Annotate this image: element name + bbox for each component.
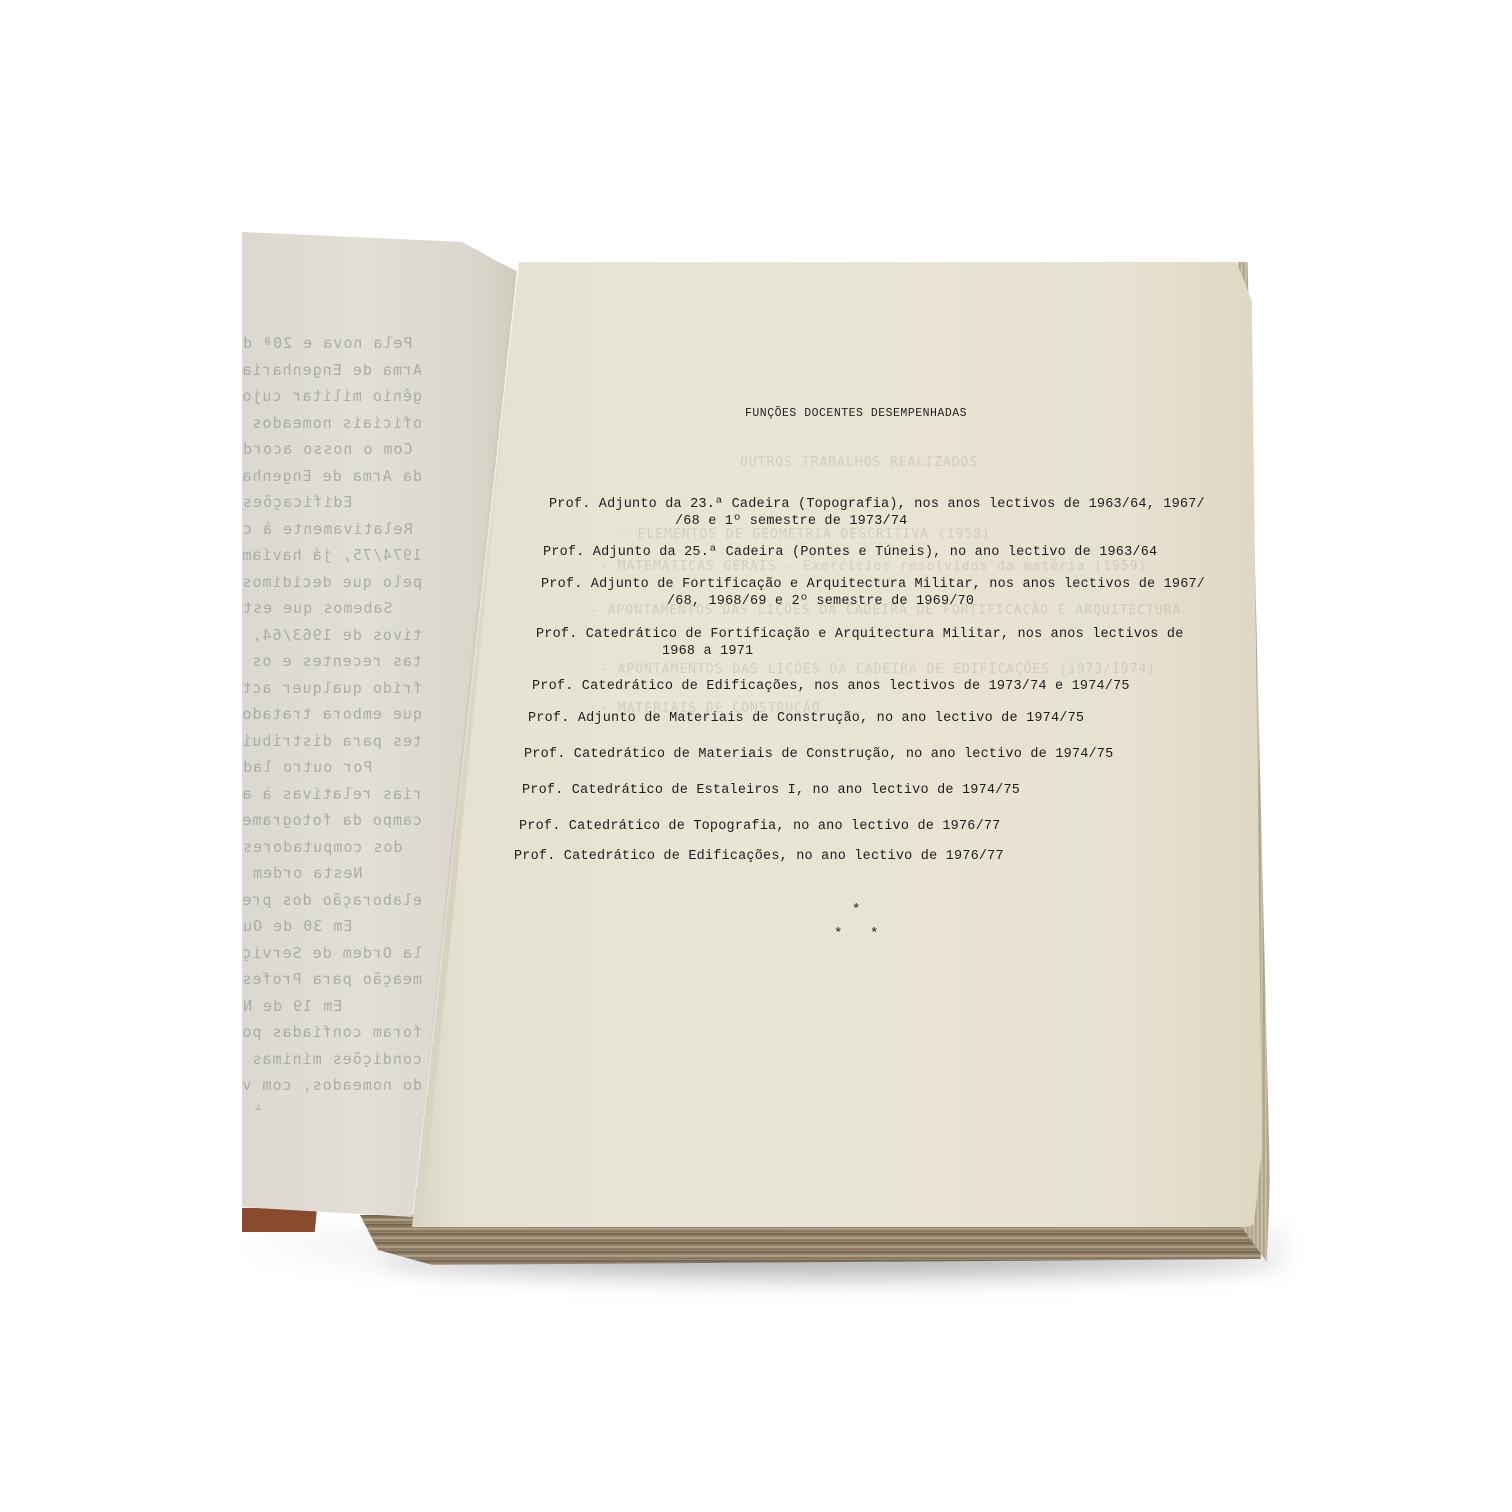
entry-line: Prof. Adjunto da 25.ª Cadeira (Pontes e … — [543, 545, 1157, 560]
mirrored-line: Por outro lado — [242, 754, 422, 781]
asterisk: * — [852, 902, 860, 918]
book-cover-edge — [242, 1208, 317, 1232]
entry-line: Prof. Catedrático de Materiais de Constr… — [524, 747, 1113, 762]
mirrored-line: Em 19 de No — [242, 993, 422, 1020]
asterisk: * — [870, 926, 878, 942]
list-item: Prof. Adjunto de Materiais de Construção… — [528, 711, 1084, 726]
mirrored-line: condições mínimas d — [242, 1046, 422, 1073]
show-through-line: - MATEMÁTICAS GERAIS - Exercícios resolv… — [600, 559, 1147, 574]
mirrored-line: rias relativas à aplica — [242, 781, 422, 808]
mirrored-line: do nomeados, com vi — [242, 1072, 422, 1099]
list-item: Prof. Catedrático de Materiais de Constr… — [524, 747, 1113, 762]
mirrored-line: frido qualquer actualizaç — [242, 675, 422, 702]
entry-line-continued: 1968 a 1971 — [536, 644, 1184, 659]
mirrored-line: pelo que decidimos concentr — [242, 569, 422, 596]
mirrored-line: Nesta ordem d — [242, 860, 422, 887]
list-item: Prof. Catedrático de Estaleiros I, no an… — [522, 783, 1020, 798]
entry-line: Prof. Adjunto da 23.ª Cadeira (Topografi… — [549, 497, 1205, 512]
mirrored-line: meação para Professo — [242, 966, 422, 993]
mirrored-line: dos computadores. — [242, 834, 422, 861]
mirrored-line: oficiais nomeados Funções do — [242, 410, 422, 437]
mirrored-line: tas recentes e os apontam — [242, 648, 422, 675]
entry-line: Prof. Catedrático de Edificações, nos an… — [532, 679, 1130, 694]
mirrored-line: Edificações. — [242, 489, 422, 516]
mirrored-line: Em 30 de Out — [242, 913, 422, 940]
mirrored-line: tes para distribuição ao — [242, 728, 422, 755]
mirrored-line: campo da fotogrametria — [242, 807, 422, 834]
mirrored-line: Arma de Engenharia, reconhece — [242, 357, 422, 384]
mirrored-text: Pela nova e 20ª doArma de Engenharia, re… — [242, 330, 422, 1110]
entry-line-continued: /68, 1968/69 e 2º semestre de 1969/70 — [541, 594, 1205, 609]
entry-line: Prof. Catedrático de Fortificação e Arqu… — [536, 627, 1184, 642]
entry-line: Prof. Catedrático de Topografia, no ano … — [519, 819, 1000, 834]
mirrored-line: tivos de 1963/64, 1967/68 — [242, 622, 422, 649]
mirrored-line: la Ordem de Serviço n — [242, 940, 422, 967]
asterism-ornament: * * * — [832, 902, 892, 952]
list-item: Prof. Adjunto da 23.ª Cadeira (Topografi… — [549, 497, 1205, 529]
entry-line-continued: /68 e 1º semestre de 1973/74 — [549, 514, 1205, 529]
list-item: Prof. Adjunto de Fortificação e Arquitec… — [541, 577, 1205, 609]
mirrored-line: - à d — [242, 1099, 422, 1111]
book-photo: Pela nova e 20ª doArma de Engenharia, re… — [0, 0, 1512, 1512]
list-item: Prof. Catedrático de Edificações, no ano… — [514, 849, 1004, 864]
mirrored-line: Relativamente à ca — [242, 516, 422, 543]
mirrored-line: da Arma de Engenharia que as — [242, 463, 422, 490]
entry-line: Prof. Catedrático de Edificações, no ano… — [514, 849, 1004, 864]
mirrored-line: 1974/75, já havíamos colig — [242, 542, 422, 569]
mirrored-line: que embora tratados pelo — [242, 701, 422, 728]
show-through-line: - ELEMENTOS DE GEOMETRIA DESCRITIVA (195… — [620, 527, 991, 542]
mirrored-line: foram confiadas por — [242, 1019, 422, 1046]
list-item: Prof. Catedrático de Fortificação e Arqu… — [536, 627, 1184, 659]
list-item: Prof. Adjunto da 25.ª Cadeira (Pontes e … — [543, 545, 1157, 560]
mirrored-line: Sabemos que esta — [242, 595, 422, 622]
mirrored-line: gênio militar cujos ingresso e — [242, 383, 422, 410]
show-through-line: - APONTAMENTOS DAS LIÇÕES DA CADEIRA DE … — [600, 662, 1156, 677]
mirrored-line: elaboração dos presen — [242, 887, 422, 914]
show-through-line: OUTROS TRABALHOS REALIZADOS — [740, 455, 978, 470]
mirrored-line: Com o nosso acordo — [242, 436, 422, 463]
left-page-show-through: Pela nova e 20ª doArma de Engenharia, re… — [242, 330, 422, 1110]
mirrored-line: Pela nova e 20ª do — [242, 330, 422, 357]
entry-line: Prof. Catedrático de Estaleiros I, no an… — [522, 783, 1020, 798]
asterisk: * — [834, 926, 842, 942]
page-heading: FUNÇÕES DOCENTES DESEMPENHADAS — [745, 407, 967, 420]
entry-line: Prof. Adjunto de Fortificação e Arquitec… — [541, 577, 1205, 592]
list-item: Prof. Catedrático de Topografia, no ano … — [519, 819, 1000, 834]
entry-line: Prof. Adjunto de Materiais de Construção… — [528, 711, 1084, 726]
list-item: Prof. Catedrático de Edificações, nos an… — [532, 679, 1130, 694]
